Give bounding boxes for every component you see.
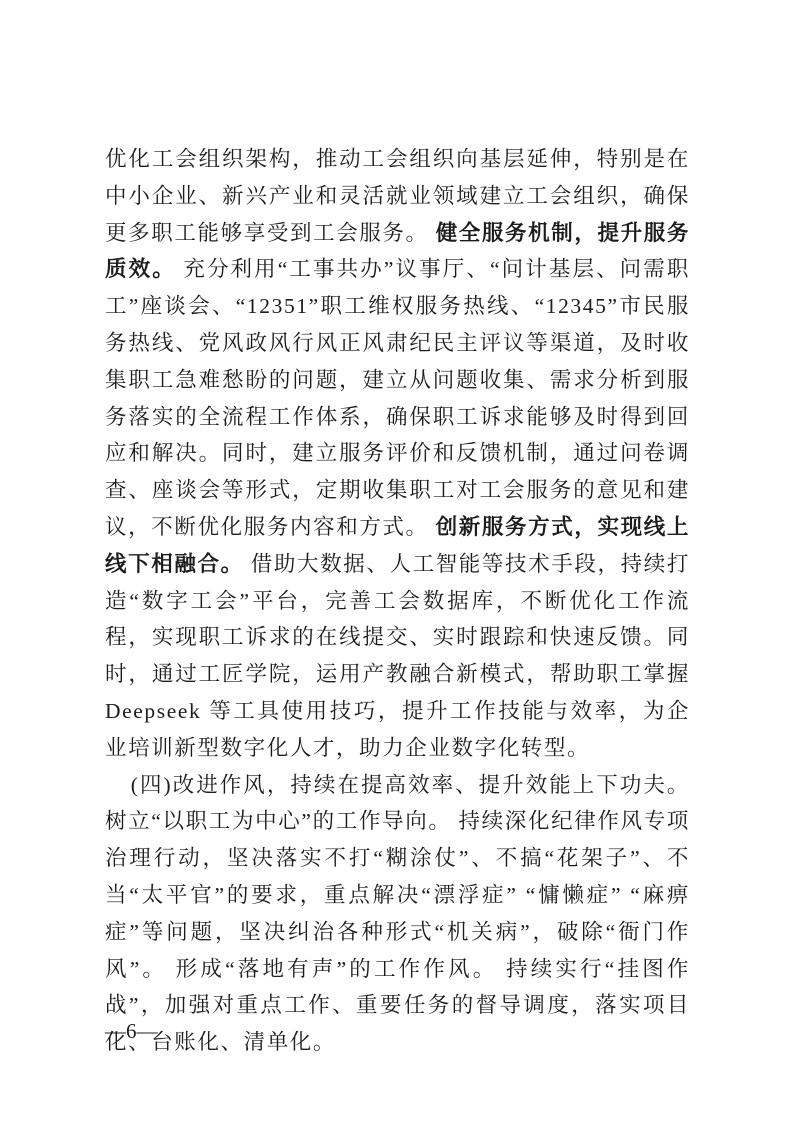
text-run: 借助大数据、人工智能等技术手段，持续打造“数字工会”平台，完善工会数据库，不断优… bbox=[105, 552, 690, 760]
page-number: —6— bbox=[105, 1016, 158, 1046]
document-body: 优化工会组织架构，推动工会组织向基层延伸，特别是在中小企业、新兴产业和灵活就业领… bbox=[105, 141, 690, 1061]
text-run: (四)改进作风，持续在提高效率、提升效能上下功夫。树立“以职工为中心”的工作导向… bbox=[105, 773, 690, 1055]
document-page: 优化工会组织架构，推动工会组织向基层延伸，特别是在中小企业、新兴产业和灵活就业领… bbox=[0, 0, 794, 1123]
text-run: 充分利用“工事共办”议事厅、“问计基层、问需职工”座谈会、“12351”职工维权… bbox=[105, 257, 690, 539]
paragraph: (四)改进作风，持续在提高效率、提升效能上下功夫。树立“以职工为中心”的工作导向… bbox=[105, 767, 690, 1061]
paragraph: 优化工会组织架构，推动工会组织向基层延伸，特别是在中小企业、新兴产业和灵活就业领… bbox=[105, 141, 690, 767]
